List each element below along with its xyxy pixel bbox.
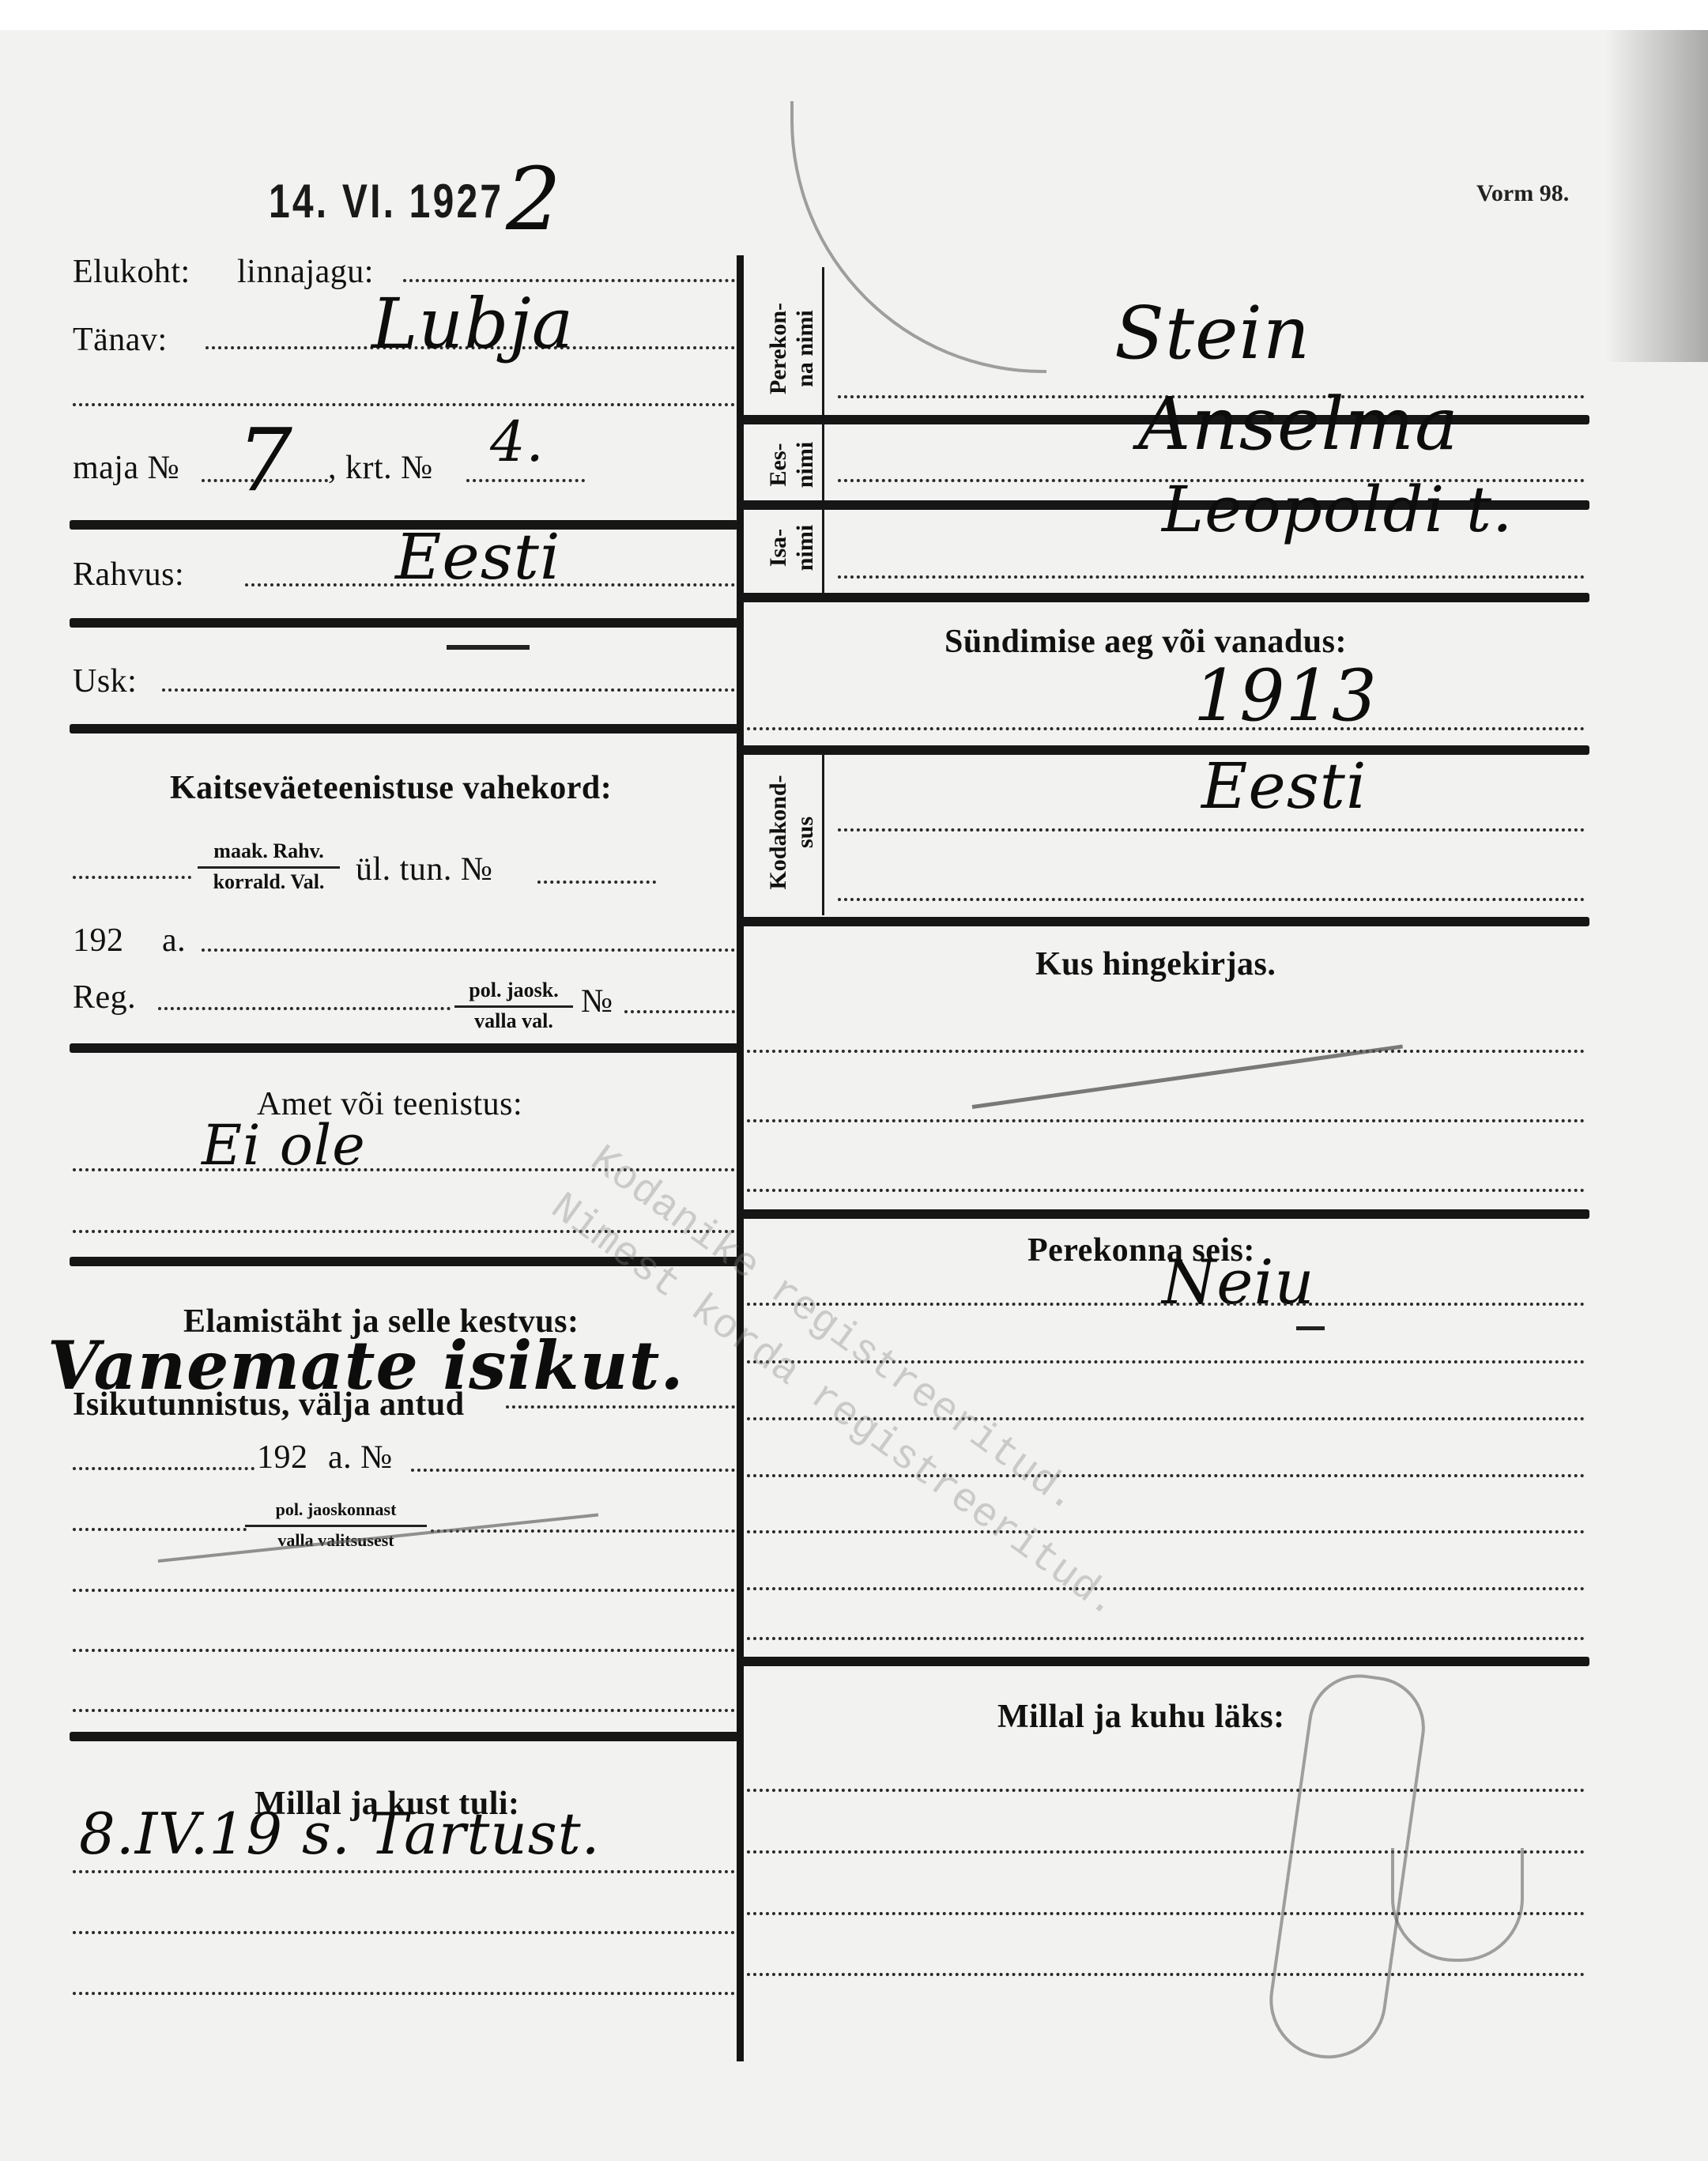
marital-status-value: Neiu: [1162, 1247, 1315, 1318]
military-year-line: [202, 949, 735, 952]
section-divider: [740, 1209, 1589, 1219]
arrival-value: 8.IV.19 s. Tartust.: [79, 1801, 601, 1867]
marital-line-7: [747, 1637, 1585, 1640]
citizenship-line-1: [838, 828, 1585, 832]
house-value: 7: [237, 409, 293, 511]
reg-label: Reg.: [73, 979, 136, 1016]
arrival-line-3: [73, 1992, 735, 1995]
id-card-issuer-line-a: [73, 1528, 247, 1531]
fraction-bottom: valla val.: [454, 1008, 573, 1035]
military-year-label: 192: [73, 922, 124, 960]
arrival-line-1: [73, 1870, 735, 1873]
id-card-line-2: [73, 1589, 735, 1592]
id-card-year-label: 192: [257, 1439, 308, 1476]
id-card-issuer-line-b: [431, 1529, 735, 1533]
citizenship-value: Eesti: [1201, 749, 1367, 823]
departure-line-4: [747, 1973, 1585, 1976]
fraction-top: pol. jaosk.: [454, 977, 573, 1008]
military-line-1a: [73, 876, 191, 879]
religion-value-dash: [447, 645, 530, 650]
arrival-line-2: [73, 1931, 735, 1934]
birth-value: 1913: [1193, 654, 1378, 737]
pencil-mark: [790, 101, 1046, 373]
id-card-number-line: [411, 1469, 735, 1472]
citizenship-line-2: [838, 898, 1585, 901]
departure-heading: Millal ja kuhu läks:: [997, 1698, 1285, 1736]
id-card-line: [506, 1405, 735, 1409]
surname-label: Perekon- na nimi: [765, 273, 819, 424]
house-label: maja №: [73, 449, 179, 487]
military-fraction-suffix: ül. tun. №: [356, 850, 492, 888]
religion-label: Usk:: [73, 662, 137, 700]
military-year-suffix: a.: [162, 922, 186, 960]
military-fraction-2: pol. jaosk. valla val.: [454, 977, 573, 1035]
section-divider: [70, 724, 738, 734]
id-card-year-suffix: a. №: [328, 1439, 393, 1476]
marital-line-1: [747, 1303, 1585, 1306]
birth-line: [747, 727, 1585, 730]
military-fraction-1: maak. Rahv. korrald. Val.: [198, 838, 340, 896]
marital-line-4: [747, 1474, 1585, 1477]
father-name-label: Isa- nimi: [765, 508, 819, 587]
departure-line-1: [747, 1789, 1585, 1792]
apartment-label: , krt. №: [328, 449, 433, 487]
section-divider: [740, 745, 1589, 755]
section-divider: [70, 1732, 738, 1741]
religion-line: [162, 688, 735, 692]
label-cell-border: [822, 267, 824, 425]
pencil-strike: [972, 1044, 1403, 1108]
label-cell-border: [822, 423, 824, 510]
fraction-bottom: korrald. Val.: [198, 869, 340, 896]
nationality-value: Eesti: [395, 520, 561, 594]
section-divider: [740, 593, 1589, 602]
marital-dash: [1296, 1326, 1325, 1330]
military-heading: Kaitseväeteenistuse vahekord:: [170, 769, 612, 807]
father-name-value: Leopoldi t.: [1162, 473, 1513, 546]
section-divider: [70, 1043, 738, 1053]
street-label: Tänav:: [73, 321, 168, 359]
parish-register-heading: Kus hingekirjas.: [1035, 945, 1276, 983]
label-cell-border: [822, 753, 824, 915]
section-divider: [70, 618, 738, 628]
section-divider: [740, 917, 1589, 926]
citizenship-label: Kodakond- sus: [765, 757, 819, 907]
reg-number-line: [624, 1010, 735, 1013]
military-line-1b: [537, 881, 656, 884]
section-divider: [740, 1657, 1589, 1666]
marital-line-6: [747, 1587, 1585, 1590]
apartment-value: 4.: [490, 409, 545, 474]
street-value: Lubja: [371, 283, 574, 364]
id-card-year-line-a: [73, 1467, 255, 1470]
residence-label: Elukoht:: [73, 253, 190, 291]
first-name-value: Anselma: [1138, 382, 1459, 466]
label-cell-border: [822, 508, 824, 595]
reg-number-label: №: [581, 982, 613, 1020]
registration-card: 14. VI. 1927 2 Vorm 98. Elukoht: linnaja…: [0, 30, 1708, 2161]
parish-line-3: [747, 1189, 1585, 1192]
surname-value: Stein: [1114, 291, 1310, 375]
reg-line: [158, 1007, 451, 1010]
date-stamp: 14. VI. 1927: [269, 174, 503, 228]
parish-line-2: [747, 1119, 1585, 1122]
district-label: linnajagu:: [237, 253, 374, 291]
parish-line-1: [747, 1050, 1585, 1053]
fraction-top: pol. jaoskonnast: [245, 1496, 427, 1527]
district-line: [403, 279, 735, 282]
id-card-line-3: [73, 1649, 735, 1652]
district-handwritten: 2: [506, 149, 562, 250]
first-name-label: Ees- nimi: [765, 425, 819, 504]
father-name-line: [838, 575, 1585, 579]
id-card-label: Isikutunnistus, välja antud: [73, 1386, 465, 1424]
form-number: Vorm 98.: [1476, 180, 1569, 207]
street-line-2: [73, 403, 735, 406]
id-card-line-4: [73, 1709, 735, 1712]
marital-line-5: [747, 1530, 1585, 1533]
id-card-issuer-fraction: pol. jaoskonnast valla valitsusest: [245, 1496, 427, 1554]
pencil-signature: [1391, 1848, 1524, 1962]
apartment-line: [466, 479, 585, 482]
fraction-top: maak. Rahv.: [198, 838, 340, 869]
nationality-label: Rahvus:: [73, 556, 184, 594]
